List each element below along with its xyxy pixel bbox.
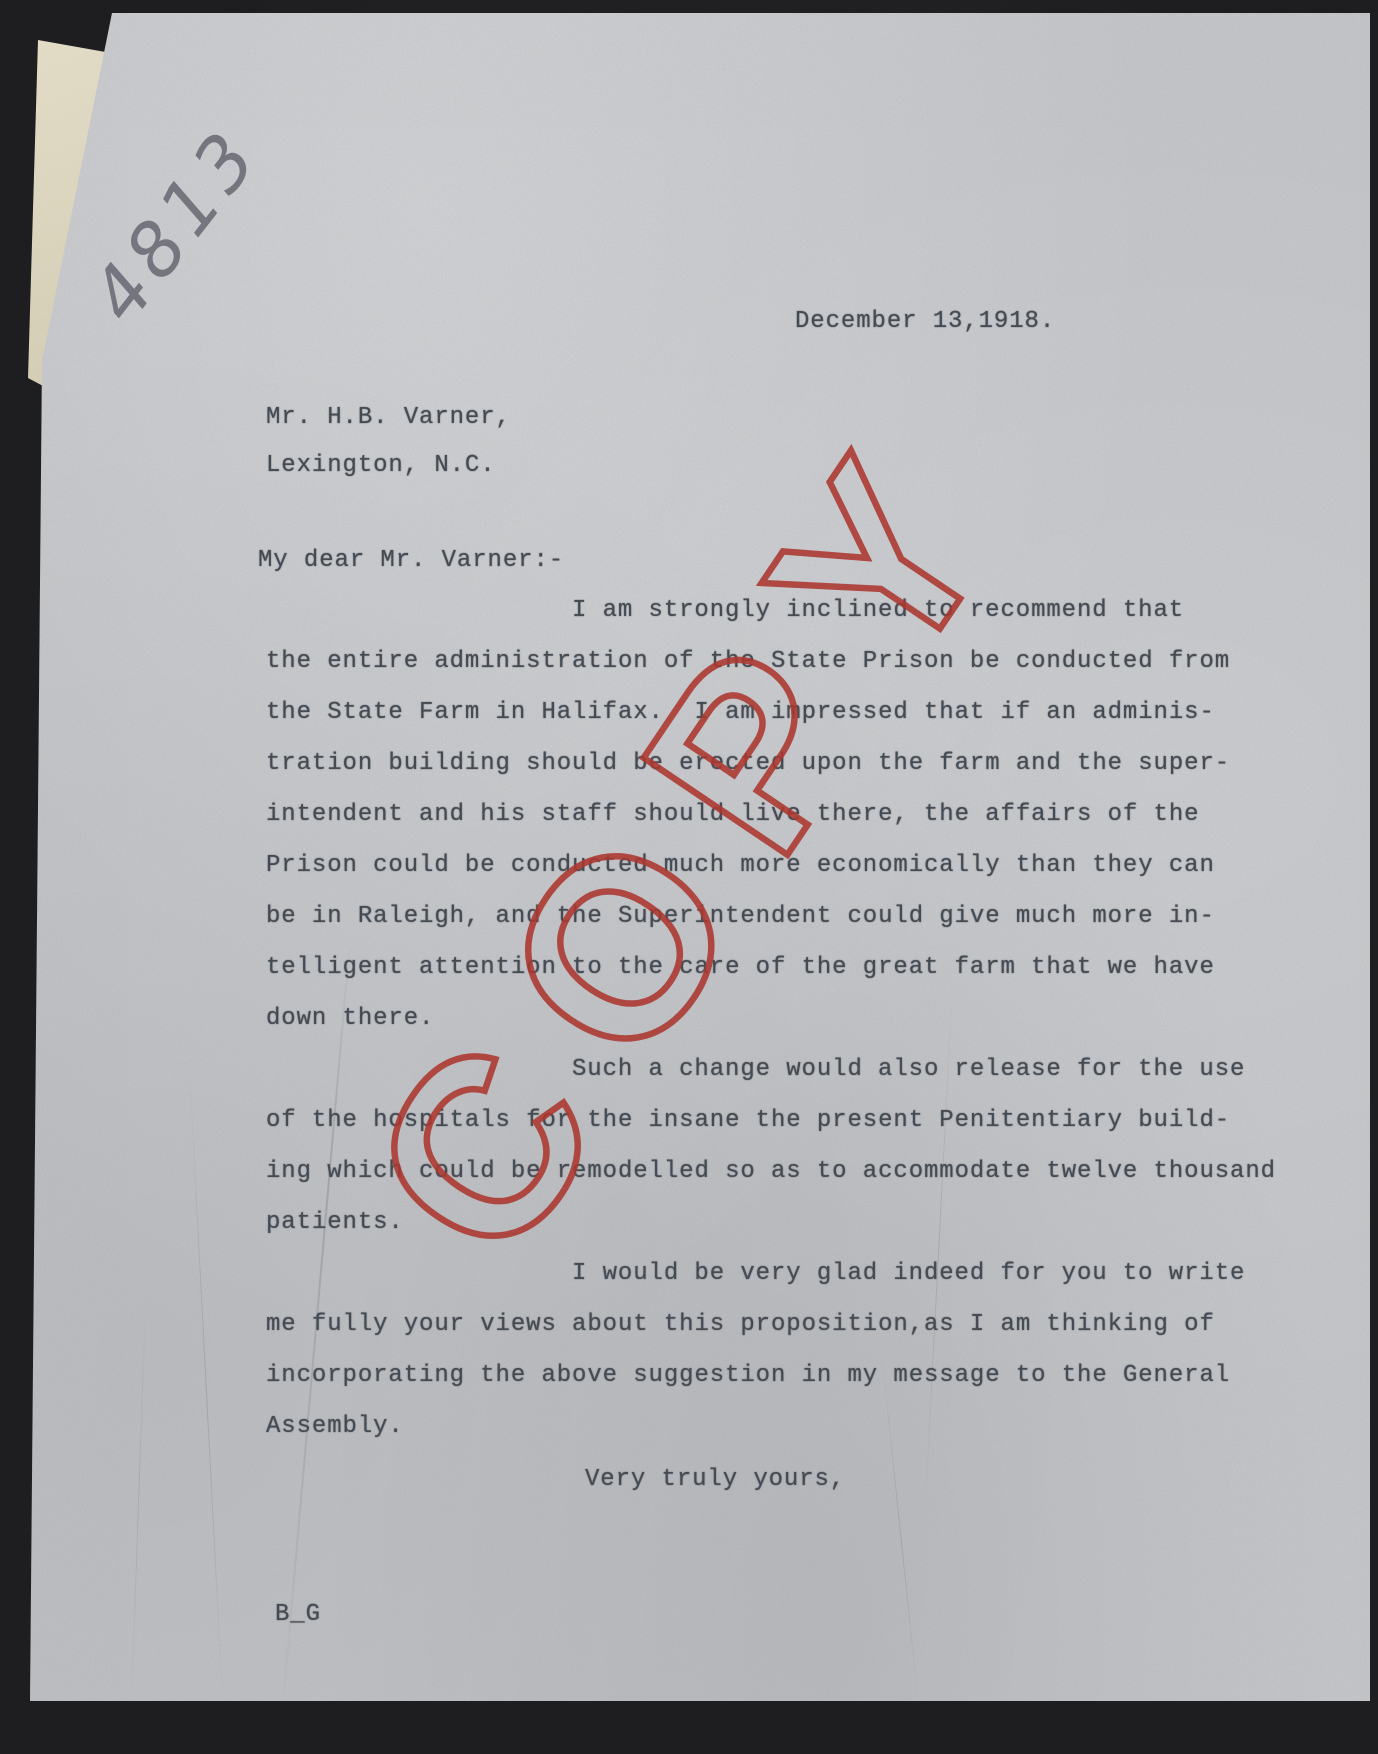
letter-line: I would be very glad indeed for you to w… [572,1261,1245,1287]
recipient-name: Mr. H.B. Varner, [266,405,511,431]
letter-date: December 13,1918. [795,309,1055,335]
letter-line: me fully your views about this propositi… [266,1312,1215,1338]
handwritten-archival-number: 4813 [74,112,277,339]
letter-line: Assembly. [266,1414,404,1440]
typist-initials: B_G [275,1602,321,1628]
letter-line: incorporating the above suggestion in my… [266,1363,1230,1389]
recipient-city: Lexington, N.C. [266,453,496,479]
closing: Very truly yours, [585,1467,845,1493]
salutation: My dear Mr. Varner:- [258,548,564,574]
scanned-letter-page: 4813 December 13,1918. Mr. H.B. Varner, … [0,0,1378,1754]
letter-line: patients. [266,1210,404,1236]
